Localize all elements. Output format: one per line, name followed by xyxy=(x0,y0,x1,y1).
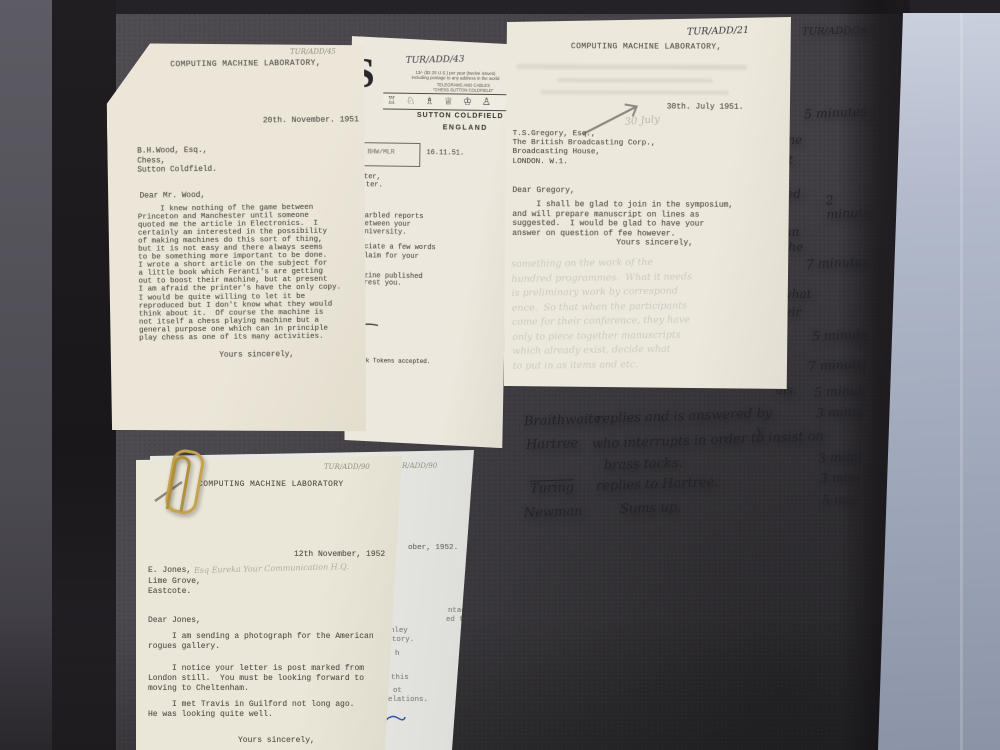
letterhead-town: SUTTON COLDFIELD xyxy=(417,112,504,121)
bleedthrough-handwriting: something on the work of the hundred pro… xyxy=(511,255,728,374)
speaker-name: Hartree xyxy=(526,437,579,454)
ghost-date-handwritten: 30 July xyxy=(624,114,660,128)
closing-jones: Yours sincerely, xyxy=(238,736,315,745)
recipient-name-jones: E. Jones, xyxy=(148,566,191,575)
body-fragment-3: University. xyxy=(360,228,406,237)
subscription-note: 13/- ($2.25 U.S.) per year (twelve issue… xyxy=(397,70,513,82)
body-fragment-4: eciate a few words xyxy=(360,243,436,252)
speaker-note: replies and is answered by xyxy=(596,407,773,428)
letter-body-wood: I knew nothing of the game between Princ… xyxy=(138,203,363,342)
recipient-address-jones: Lime Grove, Eastcote. xyxy=(148,577,201,596)
chess-magazine-letter: S TUR/ADD/43 13/- ($2.25 U.S.) per year … xyxy=(344,36,512,450)
speaker-name: Newman xyxy=(524,505,583,522)
letterhead-gregory: COMPUTING MACHINE LABORATORY, xyxy=(571,42,722,52)
archive-ref-notes: TUR/ADD/26 xyxy=(802,25,868,38)
body-fragment-7: erest you. xyxy=(359,279,401,288)
letter-date-wood: 20th. November. 1951 xyxy=(263,115,359,125)
address-fragment-1: ter, xyxy=(364,173,381,181)
bleedthrough-line xyxy=(541,90,729,95)
letterhead-country: ENGLAND xyxy=(443,124,488,133)
text-fragment: ot xyxy=(393,687,402,696)
address-fragment-2: ter. xyxy=(366,181,383,189)
recipient-address-wood: B.H.Wood, Esq., Chess, Sutton Coldfield. xyxy=(137,147,217,177)
text-fragment: tory. xyxy=(392,636,414,645)
speaker-note: who interrupts in order to insist on xyxy=(592,430,824,453)
footer-fragment: ook Tokens accepted. xyxy=(358,358,430,366)
speaker-note: brass tacks. xyxy=(604,457,683,475)
reference-code: BHW/MLR xyxy=(367,148,394,156)
timing-note: 5 minutes xyxy=(812,326,875,344)
letterhead-jones: COMPUTING MACHINE LABORATORY xyxy=(198,480,344,489)
closing-gregory: Yours sincerely, xyxy=(616,238,693,247)
text-fragment: this xyxy=(391,674,409,683)
letterhead-wood: COMPUTING MACHINE LABORATORY, xyxy=(170,59,321,70)
date-stamp: 16.11.51. xyxy=(426,149,464,158)
letter-body-gregory: I shall be glad to join in the symposium… xyxy=(512,200,752,239)
salutation-wood: Dear Mr. Wood, xyxy=(140,192,206,202)
letter-to-wood: TUR/ADD/45 COMPUTING MACHINE LABORATORY,… xyxy=(106,39,370,438)
archive-ref-wood: TUR/ADD/45 xyxy=(290,48,336,57)
archive-box-photo: S TUR/ADD/43 13/- ($2.25 U.S.) per year … xyxy=(0,0,1000,750)
archive-ref-gregory: TUR/ADD/21 xyxy=(687,26,749,39)
speaker-note: Sums up. xyxy=(620,501,682,518)
letter-para-3: I met Travis in Guilford not long ago. H… xyxy=(148,700,388,720)
chess-pieces-band: ♖♘♗♕♔♙ xyxy=(383,92,509,111)
letter-to-gregory: TUR/ADD/21 COMPUTING MACHINE LABORATORY,… xyxy=(504,16,793,391)
text-fragment: nley xyxy=(390,627,408,636)
salutation-gregory: Dear Gregory, xyxy=(512,186,574,195)
speaker-name: Turing xyxy=(530,481,575,497)
timing-note: 7 minutes xyxy=(808,356,871,374)
salutation-jones: Dear Jones, xyxy=(148,616,201,625)
chess-pieces-icons: ♖♘♗♕♔♙ xyxy=(387,96,501,109)
letter-date-jones: 12th November, 1952 xyxy=(294,550,385,559)
handwritten-insert: Esq Eureka Your Communication H.Q. xyxy=(194,562,349,575)
closing-wood: Yours sincerely, xyxy=(219,351,294,361)
archive-ref-under: R/ADD/90 xyxy=(402,462,437,470)
timing-note: 7 minutes xyxy=(806,254,869,272)
letter-para-2: I notice your letter is post marked from… xyxy=(148,664,388,694)
body-fragment-5: claim for your xyxy=(360,252,419,261)
bleedthrough-line xyxy=(517,64,747,70)
speaker-note: replies to Hartree. xyxy=(596,476,719,495)
speaker-name: Braithwaite xyxy=(524,413,602,431)
recipient-address-gregory: T.S.Gregory, Esq., The British Broadcast… xyxy=(512,130,655,167)
date-fragment-under: ober, 1952. xyxy=(408,544,458,553)
letter-para-1: I am sending a photograph for the Americ… xyxy=(148,632,388,652)
archive-ref-chess: TUR/ADD/43 xyxy=(406,55,465,67)
letter-date-gregory: 30th. July 1951. xyxy=(667,103,744,112)
timing-note: 5 minutes xyxy=(804,104,867,122)
blue-ink-mark xyxy=(384,712,406,724)
text-fragment: elations. xyxy=(388,696,428,705)
text-fragment: h xyxy=(395,650,399,659)
bleedthrough-line xyxy=(557,78,713,83)
archive-ref-jones: TUR/ADD/90 xyxy=(324,463,370,471)
